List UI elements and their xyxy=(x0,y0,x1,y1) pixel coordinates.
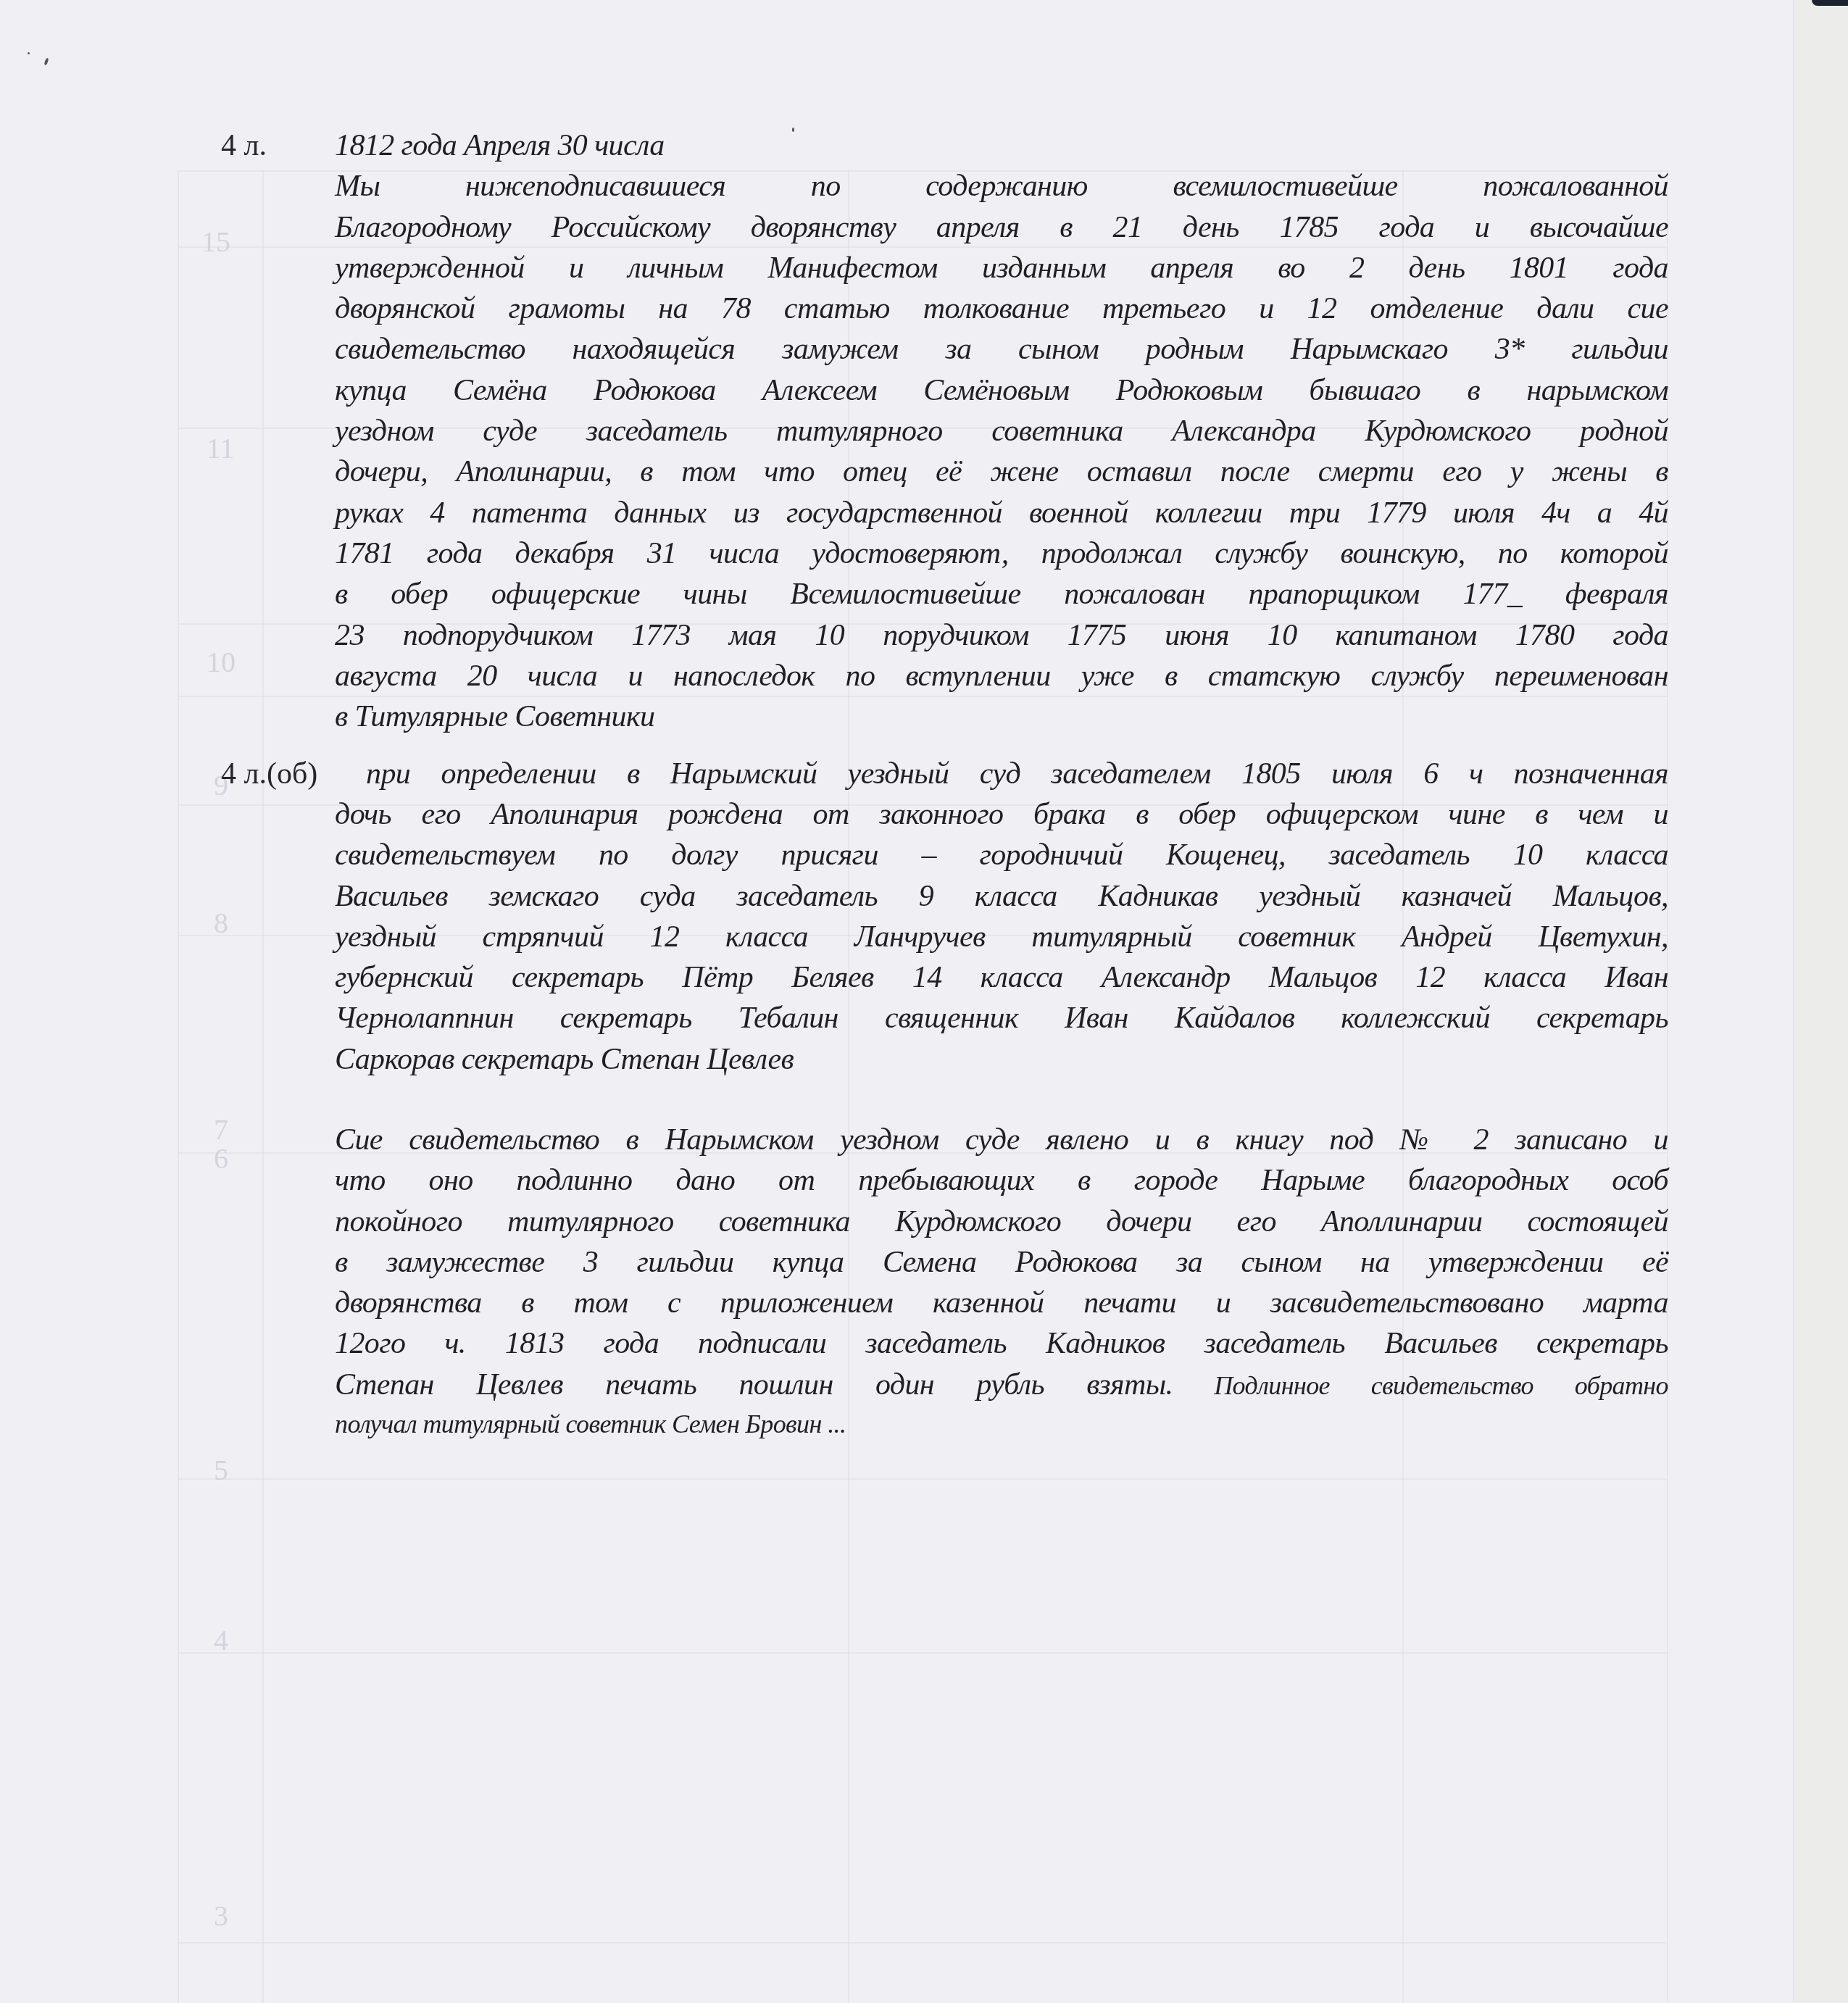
text-line: покойного титулярного советника Курдюмск… xyxy=(335,1202,1668,1242)
text-line: Сие свидетельство в Нарымском уездном су… xyxy=(335,1120,1668,1160)
scanner-corner-shadow xyxy=(1812,0,1848,6)
text-line: свидетельство находящейся замужем за сын… xyxy=(335,329,1668,370)
text-line: в обер офицерские чины Всемилостивейше п… xyxy=(335,574,1668,615)
folio-label-4: 4 л. xyxy=(221,125,267,166)
text-line: губернский секретарь Пётр Беляев 14 клас… xyxy=(335,957,1668,998)
text-line: дочери, Аполинарии, в том что отец её же… xyxy=(335,451,1668,492)
ghost-row-number: 3 xyxy=(214,1899,228,1933)
date-line: 1812 года Апреля 30 числа xyxy=(335,125,1668,166)
text-line: дворянства в том с приложением казенной … xyxy=(335,1283,1668,1323)
text-fragment-small: Подлинное свидетельство обратно xyxy=(1173,1371,1668,1400)
scanner-edge-strip xyxy=(1793,0,1848,2003)
text-line: Саркорав секретарь Степан Цевлев xyxy=(335,1039,1668,1080)
text-line: 23 подпорудчиком 1773 мая 10 порудчиком … xyxy=(335,615,1668,656)
ghost-row-number: 15 xyxy=(201,225,230,259)
paper-speck xyxy=(43,58,49,66)
scanned-page: 15 11 10 9 8 7 6 5 4 3 4 л. 1812 года Ап… xyxy=(0,0,1793,2003)
paper-speck xyxy=(28,52,30,54)
ghost-row-number: 11 xyxy=(207,431,235,465)
ghost-row-number: 8 xyxy=(214,906,228,940)
section-2-text: дочь его Аполинария рождена от законного… xyxy=(335,794,1668,1080)
text-line: августа 20 числа и напоследок по вступле… xyxy=(335,656,1668,696)
text-line: Васильев земскаго суда заседатель 9 клас… xyxy=(335,876,1668,917)
text-fragment: Степан Цевлев печать пошлин один рубль в… xyxy=(335,1368,1173,1402)
text-line: купца Семёна Родюкова Алексеем Семёновым… xyxy=(335,370,1668,411)
text-line: свидетельствуем по долгу присяги – город… xyxy=(335,835,1668,875)
text-line: дочь его Аполинария рождена от законного… xyxy=(335,794,1668,835)
ghost-row-number: 6 xyxy=(214,1141,228,1175)
section-2-first-line: при определении в Нарымский уездный суд … xyxy=(366,754,1668,794)
text-line-small: получал титулярный советник Семен Бровин… xyxy=(335,1406,1668,1442)
text-line: Чернолаппнин секретарь Тебалин священник… xyxy=(335,998,1668,1038)
text-line: уездный стряпчий 12 класса Ланчручев тит… xyxy=(335,917,1668,957)
text-line: в замужестве 3 гильдии купца Семена Родю… xyxy=(335,1242,1668,1283)
text-line: утвержденной и личным Манифестом изданны… xyxy=(335,248,1668,288)
text-line: руках 4 патента данных из государственно… xyxy=(335,493,1668,533)
text-line: дворянской грамоты на 78 статью толкован… xyxy=(335,288,1668,329)
text-line: 1781 года декабря 31 числа удостоверяют,… xyxy=(335,533,1668,574)
text-line: уездном суде заседатель титулярного сове… xyxy=(335,411,1668,451)
section-1-text: 1812 года Апреля 30 числа Мы нижеподписа… xyxy=(335,125,1668,737)
text-line-mixed: Степан Цевлев печать пошлин один рубль в… xyxy=(335,1365,1668,1406)
text-line: 12ого ч. 1813 года подписали заседатель … xyxy=(335,1323,1668,1364)
text-line: в Титулярные Советники xyxy=(335,696,1668,737)
ghost-row-number: 5 xyxy=(214,1453,228,1487)
ghost-row-number: 4 xyxy=(214,1623,228,1657)
ghost-row-number: 10 xyxy=(207,645,236,679)
folio-label-4-verso: 4 л.(об) xyxy=(221,754,317,794)
text-line: Мы нижеподписавшиеся по содержанию всеми… xyxy=(335,166,1668,207)
text-line: что оно подлинно дано от пребывающих в г… xyxy=(335,1160,1668,1201)
text-line: при определении в Нарымский уездный суд … xyxy=(366,754,1668,794)
section-3-text: Сие свидетельство в Нарымском уездном су… xyxy=(335,1120,1668,1442)
text-line: Благородному Российскому дворянству апре… xyxy=(335,207,1668,248)
